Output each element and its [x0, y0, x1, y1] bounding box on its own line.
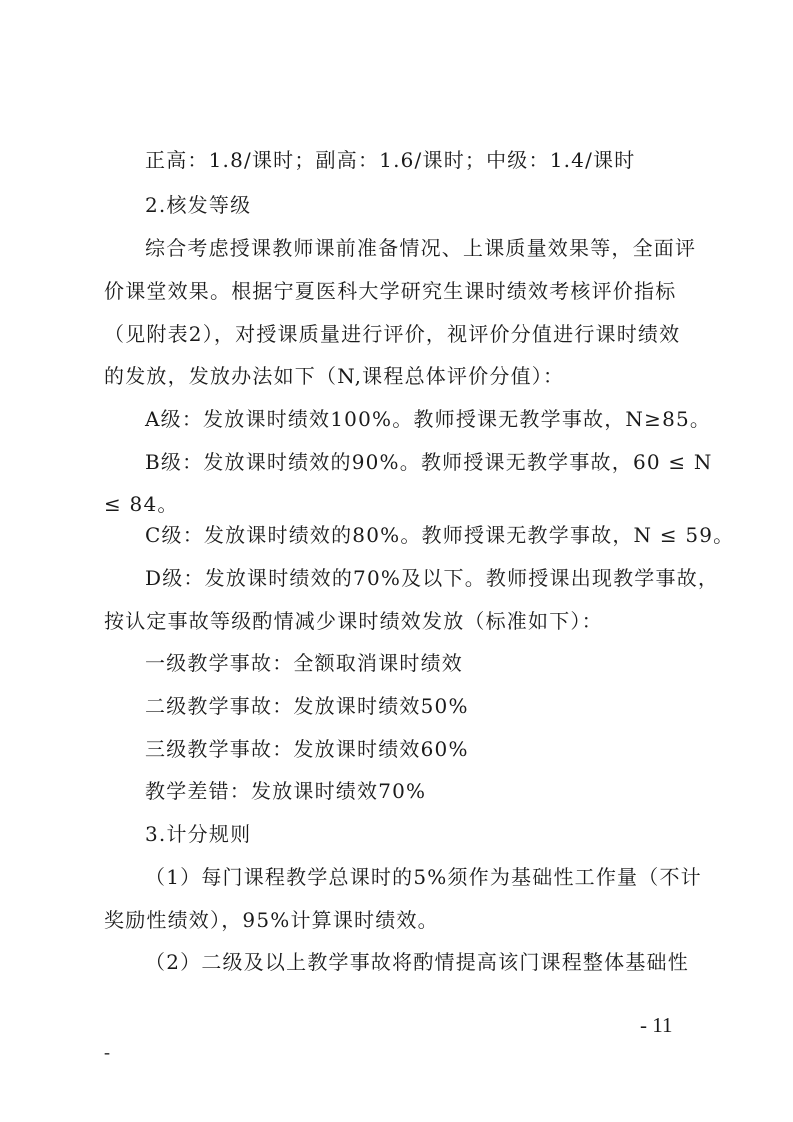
text-line: 2.核发等级	[145, 193, 251, 217]
text-line: 综合考虑授课教师课前准备情况、上课质量效果等，全面评	[145, 236, 696, 260]
text-line: 3.计分规则	[145, 822, 251, 846]
text-line: 二级教学事故：发放课时绩效50%	[145, 694, 469, 718]
text-line: 按认定事故等级酌情减少课时绩效发放（标准如下）：	[104, 609, 603, 633]
text-line: ≤ 84。	[104, 492, 179, 516]
text-line: 正高：1.8/课时；副高：1.6/课时；中级：1.4/课时	[145, 148, 635, 172]
text-line: 三级教学事故：发放课时绩效60%	[145, 737, 469, 761]
text-line: （2）二级及以上教学事故将酌情提高该门课程整体基础性	[145, 950, 689, 974]
text-line: B级：发放课时绩效的90%。教师授课无教学事故，60 ≤ N	[145, 450, 713, 474]
text-line: D级：发放课时绩效的70%及以下。教师授课出现教学事故，	[145, 566, 719, 590]
text-line: （1）每门课程教学总课时的5%须作为基础性工作量（不计	[145, 865, 702, 889]
footer-dash: -	[104, 1042, 110, 1063]
text-line: C级：发放课时绩效的80%。教师授课无教学事故，N ≤ 59。	[145, 523, 734, 547]
text-line: 一级教学事故：全额取消课时绩效	[145, 651, 463, 675]
page-number: - 11	[640, 1013, 672, 1038]
text-line: A级：发放课时绩效100%。教师授课无教学事故，N≥85。	[145, 407, 711, 431]
text-line: 价课堂效果。根据宁夏医科大学研究生课时绩效考核评价指标	[104, 279, 676, 303]
text-line: 的发放，发放办法如下（N,课程总体评价分值）：	[104, 364, 564, 388]
text-line: （见附表2），对授课质量进行评价，视评价分值进行课时绩效	[104, 322, 680, 346]
text-line: 教学差错：发放课时绩效70%	[145, 779, 426, 803]
text-line: 奖励性绩效），95%计算课时绩效。	[104, 908, 439, 932]
